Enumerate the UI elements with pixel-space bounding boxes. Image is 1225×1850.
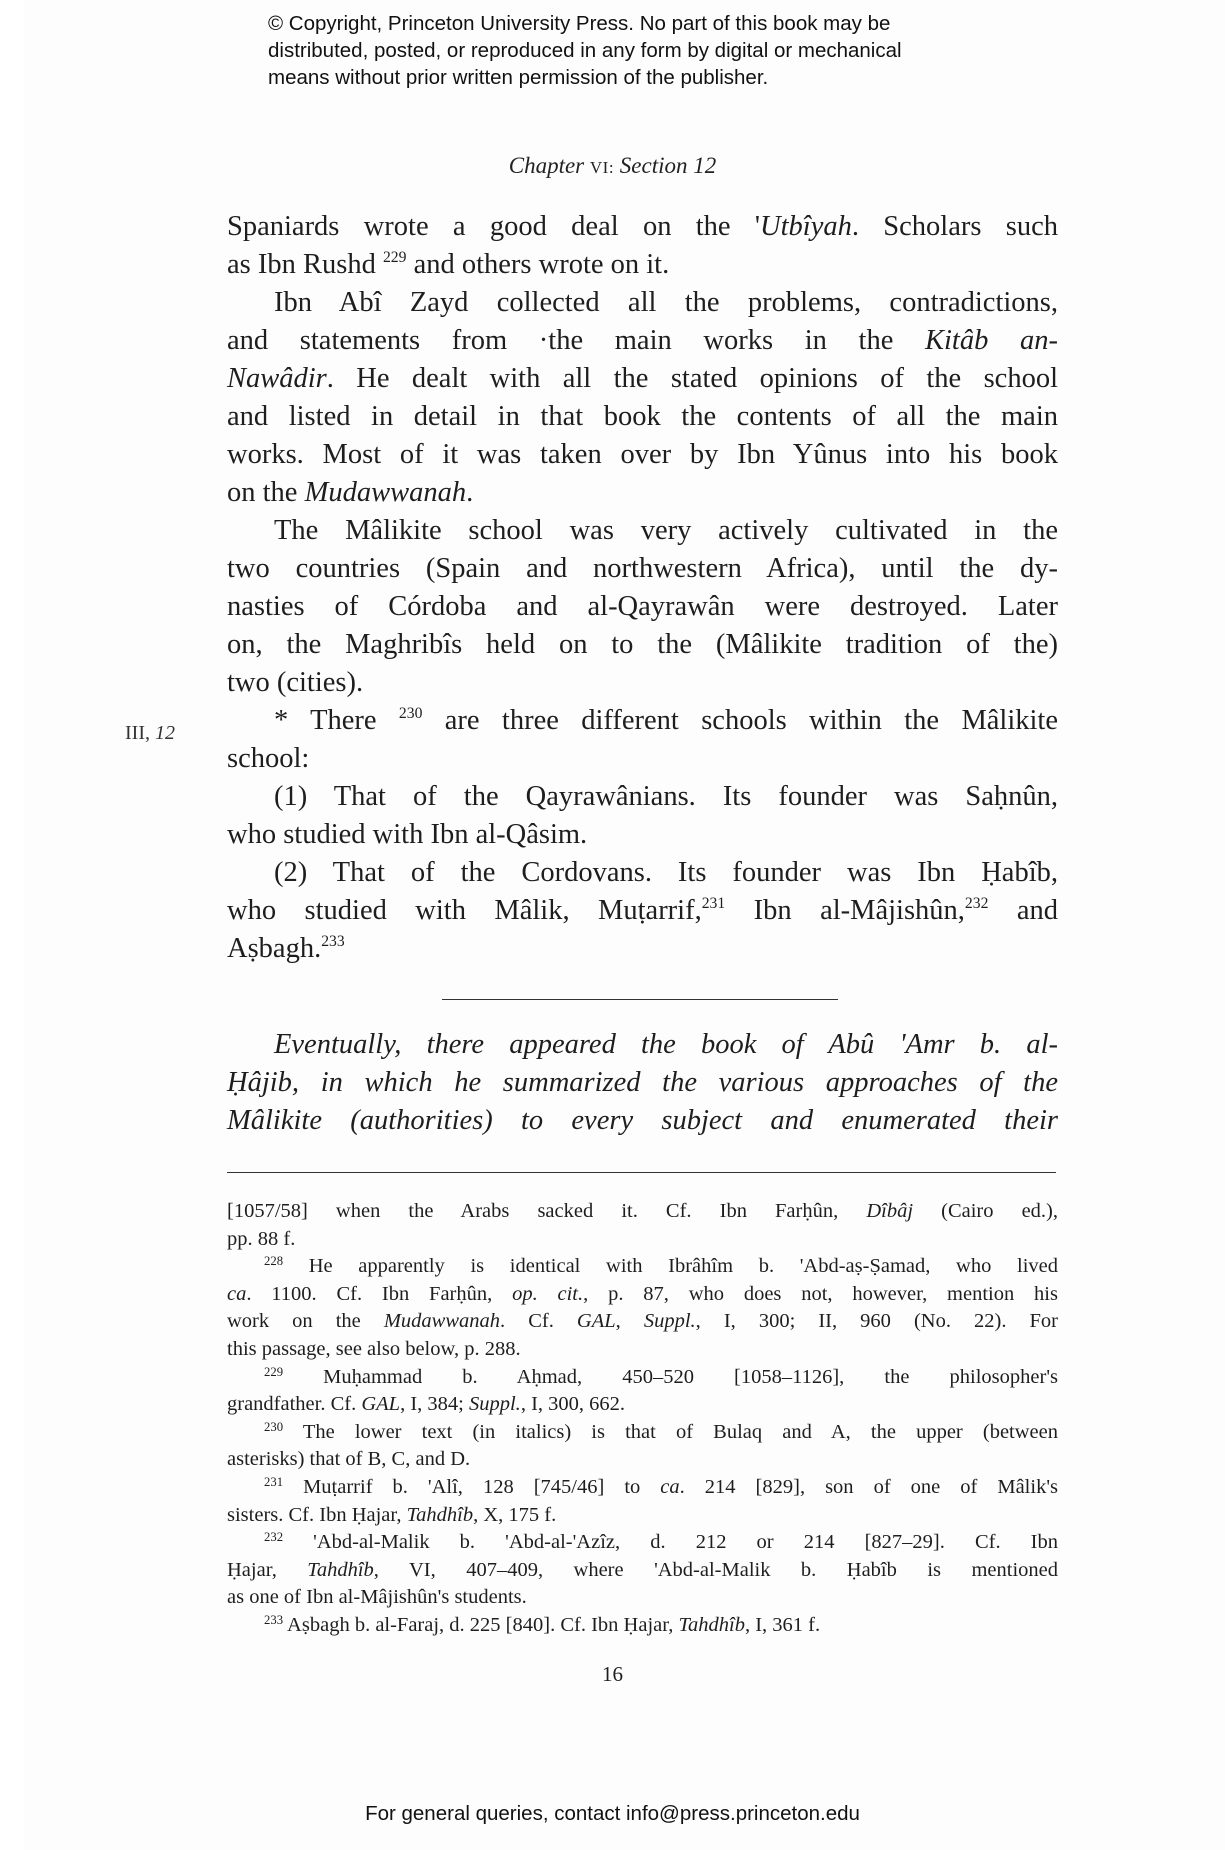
text-line: who studied with Mâlik, Muṭarrif,231 Ibn… — [227, 892, 1058, 930]
footnote-line: Ḥajar, Tahdhîb, VI, 407–409, where 'Abd-… — [227, 1557, 1058, 1585]
main-text: Spaniards wrote a good deal on the 'Utbî… — [227, 208, 1058, 968]
text-line: Ibn Abî Zayd collected all the problems,… — [227, 284, 1058, 322]
footnote-ref[interactable]: 229 — [383, 249, 406, 266]
footnote-233: 233 Aṣbagh b. al-Faraj, d. 225 [840]. Cf… — [227, 1612, 1058, 1640]
copyright-line: means without prior written permission o… — [268, 64, 968, 91]
copyright-notice: © Copyright, Princeton University Press.… — [268, 10, 968, 91]
footnote-228: 228 He apparently is identical with Ibrâ… — [227, 1253, 1058, 1281]
text-line: nasties of Córdoba and al-Qayrawân were … — [227, 588, 1058, 626]
footnote-ref[interactable]: 233 — [321, 933, 344, 950]
footnote-230: 230 The lower text (in italics) is that … — [227, 1419, 1058, 1447]
text-line: works. Most of it was taken over by Ibn … — [227, 436, 1058, 474]
text-line: who studied with Ibn al-Qâsim. — [227, 816, 1058, 854]
footnote-line: pp. 88 f. — [227, 1226, 1058, 1254]
chapter-word: Chapter — [509, 153, 584, 178]
text-line: on the Mudawwanah. — [227, 474, 1058, 512]
section-divider — [442, 999, 838, 1000]
footnote-232: 232 'Abd-al-Malik b. 'Abd-al-'Azîz, d. 2… — [227, 1529, 1058, 1557]
section-label: Section 12 — [620, 153, 716, 178]
copyright-line: © Copyright, Princeton University Press.… — [268, 10, 968, 37]
footnote-line: grandfather. Cf. GAL, I, 384; Suppl., I,… — [227, 1391, 1058, 1419]
footnote-rule — [227, 1172, 1056, 1173]
text-line: The Mâlikite school was very actively cu… — [227, 512, 1058, 550]
copyright-line: distributed, posted, or reproduced in an… — [268, 37, 968, 64]
text-line: (2) That of the Cordovans. Its founder w… — [227, 854, 1058, 892]
footnote-line: asterisks) that of B, C, and D. — [227, 1446, 1058, 1474]
margin-reference: III, 12 — [125, 722, 175, 745]
text-line: and statements from ·the main works in t… — [227, 322, 1058, 360]
page-number: 16 — [0, 1662, 1225, 1687]
text-line: Eventually, there appeared the book of A… — [227, 1026, 1058, 1064]
footnote-line: work on the Mudawwanah. Cf. GAL, Suppl.,… — [227, 1308, 1058, 1336]
footnote-231: 231 Muṭarrif b. 'Alî, 128 [745/46] to ca… — [227, 1474, 1058, 1502]
contact-footer: For general queries, contact info@press.… — [0, 1802, 1225, 1826]
footnote-line: as one of Ibn al-Mâjishûn's students. — [227, 1584, 1058, 1612]
running-head: Chapter VI: Section 12 — [0, 153, 1225, 179]
text-line: Spaniards wrote a good deal on the 'Utbî… — [227, 208, 1058, 246]
text-line: * There 230 are three different schools … — [227, 702, 1058, 740]
text-line: (1) That of the Qayrawânians. Its founde… — [227, 778, 1058, 816]
text-line: Ḥâjib, in which he summarized the variou… — [227, 1064, 1058, 1102]
footnote-line: ca. 1100. Cf. Ibn Farḥûn, op. cit., p. 8… — [227, 1281, 1058, 1309]
chapter-number: VI: — [590, 158, 614, 177]
text-line: two countries (Spain and northwestern Af… — [227, 550, 1058, 588]
text-line: Nawâdir. He dealt with all the stated op… — [227, 360, 1058, 398]
footnote-229: 229 Muḥammad b. Aḥmad, 450–520 [1058–112… — [227, 1364, 1058, 1392]
footnote-ref[interactable]: 232 — [965, 895, 988, 912]
footnotes: [1057/58] when the Arabs sacked it. Cf. … — [227, 1198, 1058, 1640]
text-line: Mâlikite (authorities) to every subject … — [227, 1102, 1058, 1140]
text-line: Aṣbagh.233 — [227, 930, 1058, 968]
text-line: two (cities). — [227, 664, 1058, 702]
text-line: and listed in detail in that book the co… — [227, 398, 1058, 436]
text-line: on, the Maghribîs held on to the (Mâliki… — [227, 626, 1058, 664]
text-line: school: — [227, 740, 1058, 778]
text-line: as Ibn Rushd 229 and others wrote on it. — [227, 246, 1058, 284]
footnote-ref[interactable]: 231 — [702, 895, 725, 912]
footnote-line: sisters. Cf. Ibn Ḥajar, Tahdhîb, X, 175 … — [227, 1502, 1058, 1530]
footnote-line: this passage, see also below, p. 288. — [227, 1336, 1058, 1364]
alternate-text-italic: Eventually, there appeared the book of A… — [227, 1026, 1058, 1140]
footnote-ref[interactable]: 230 — [399, 705, 422, 722]
footnote-line: [1057/58] when the Arabs sacked it. Cf. … — [227, 1198, 1058, 1226]
